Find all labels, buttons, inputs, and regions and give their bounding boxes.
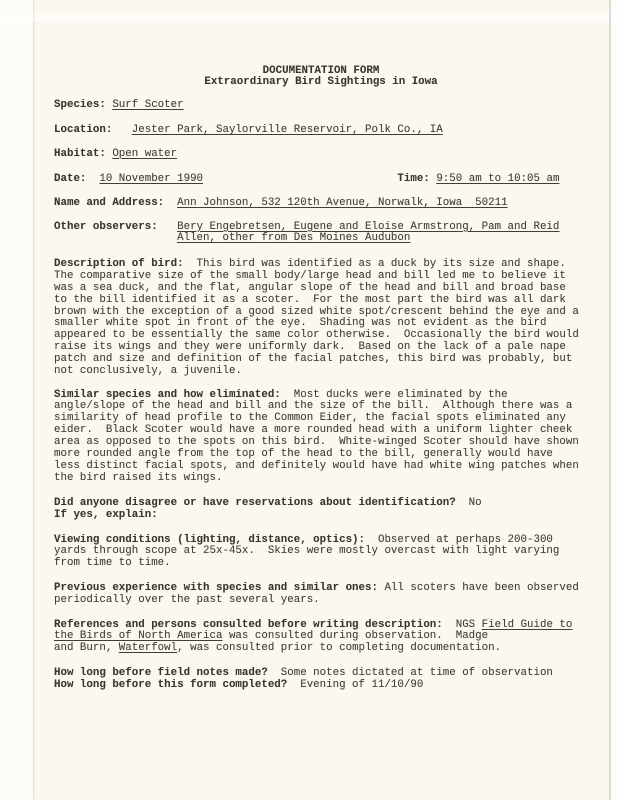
doc-block-previous-experience: Previous experience with species and sim…	[54, 583, 588, 607]
text-segment: was consulted during observation. Madge	[222, 630, 488, 642]
field-label: Location:	[54, 124, 132, 136]
doc-line: If yes, explain:	[54, 510, 588, 522]
doc-line: not conclusively, a juvenile.	[54, 366, 588, 378]
doc-block-similar-species: Similar species and how eliminated: Most…	[54, 390, 588, 485]
text-segment: appeared to be essentially the same colo…	[54, 329, 579, 341]
text-segment: from time to time.	[54, 557, 171, 569]
page-crease-line	[33, 0, 34, 800]
text-segment: brown with the exception of a good sized…	[54, 306, 579, 318]
field-label: How long before field notes made?	[54, 667, 268, 679]
text-segment: was a sea duck, and the flat, angular sl…	[54, 282, 566, 294]
text-segment: angle/slope of the head and bill and the…	[54, 400, 572, 412]
field-label: Viewing conditions (lighting, distance, …	[54, 534, 365, 546]
text-segment: This bird was identified as a duck by it…	[184, 258, 566, 270]
text-segment: NGS	[443, 619, 482, 631]
field-value: Bery Engebretsen, Eugene and Eloise Arms…	[177, 221, 559, 233]
doc-block-date-time-field: Date: 10 November 1990 Time: 9:50 am to …	[54, 174, 588, 186]
field-label: Did anyone disagree or have reservations…	[54, 497, 456, 509]
field-value: the Birds of North America	[54, 630, 222, 642]
field-label: Time:	[397, 173, 436, 185]
doc-line: Date: 10 November 1990 Time: 9:50 am to …	[54, 174, 588, 186]
field-label: If yes, explain:	[54, 509, 158, 521]
doc-block-name-address-field: Name and Address: Ann Johnson, 532 120th…	[54, 198, 588, 210]
text-segment: more rounded angle from the top of the h…	[54, 448, 553, 460]
doc-line: from time to time.	[54, 558, 588, 570]
text-segment: area as opposed to the spots on this bir…	[54, 436, 579, 448]
text-segment: , was consulted prior to completing docu…	[177, 642, 501, 654]
text-segment: All scoters have been observed	[378, 582, 579, 594]
field-value: Field Guide to	[482, 619, 573, 631]
text-segment: the bird raised its wings.	[54, 472, 222, 484]
text-segment: similarity of head profile to the Common…	[54, 412, 566, 424]
doc-line: Extraordinary Bird Sightings in Iowa	[54, 77, 588, 89]
doc-line: Allen, other from Des Moines Audubon	[54, 233, 588, 245]
field-value: Open water	[112, 148, 177, 160]
text-segment	[203, 173, 397, 185]
text-segment: The comparative size of the small body/l…	[54, 270, 566, 282]
text-segment: yards through scope at 25x-45x. Skies we…	[54, 545, 559, 557]
doc-block-field-notes-questions: How long before field notes made? Some n…	[54, 668, 588, 692]
field-label: Similar species and how eliminated:	[54, 389, 281, 401]
text-segment: less distinct facial spots, and definite…	[54, 460, 579, 472]
doc-line: periodically over the past several years…	[54, 595, 588, 607]
doc-block-other-observers-field: Other observers: Bery Engebretsen, Eugen…	[54, 222, 588, 246]
doc-line: Habitat: Open water	[54, 149, 588, 161]
field-label: Previous experience with species and sim…	[54, 582, 378, 594]
text-segment: Evening of 11/10/90	[287, 679, 423, 691]
field-value: Allen, other from Des Moines Audubon	[177, 232, 410, 244]
field-label: Description of bird:	[54, 258, 184, 270]
document-content: DOCUMENTATION FORMExtraordinary Bird Sig…	[54, 0, 588, 800]
text-segment: not conclusively, a juvenile.	[54, 365, 242, 377]
doc-block-location-field: Location: Jester Park, Saylorville Reser…	[54, 125, 588, 137]
scan-right-margin	[611, 0, 618, 800]
field-value: 9:50 am to 10:05 am	[436, 173, 559, 185]
field-value: Surf Scoter	[112, 99, 183, 111]
field-value: Ann Johnson, 532 120th Avenue, Norwalk, …	[177, 197, 507, 209]
field-label: Other observers:	[54, 221, 177, 233]
text-segment: Most ducks were eliminated by the	[281, 389, 508, 401]
doc-block-description-of-bird: Description of bird: This bird was ident…	[54, 259, 588, 378]
field-label: References and persons consulted before …	[54, 619, 443, 631]
text-segment: and Burn,	[54, 642, 119, 654]
field-label: Name and Address:	[54, 197, 177, 209]
field-label: Species:	[54, 99, 112, 111]
doc-block-viewing-conditions: Viewing conditions (lighting, distance, …	[54, 535, 588, 571]
text-segment: to the bill identified it as a scoter. F…	[54, 294, 566, 306]
field-label: Date:	[54, 173, 99, 185]
doc-block-header: DOCUMENTATION FORMExtraordinary Bird Sig…	[54, 66, 588, 90]
scan-left-margin	[0, 0, 33, 800]
field-label: DOCUMENTATION FORM	[263, 65, 380, 77]
text-segment	[54, 232, 177, 244]
text-segment: Some notes dictated at time of observati…	[268, 667, 553, 679]
text-segment: smaller white spot in front of the eye. …	[54, 317, 546, 329]
doc-block-disagree-question: Did anyone disagree or have reservations…	[54, 498, 588, 522]
field-value: 10 November 1990	[99, 173, 203, 185]
text-segment: periodically over the past several years…	[54, 594, 320, 606]
text-segment: eider. Black Scoter would have a more ro…	[54, 424, 572, 436]
doc-block-habitat-field: Habitat: Open water	[54, 149, 588, 161]
text-segment: patch and size and definition of the fac…	[54, 353, 572, 365]
doc-line: How long before this form completed? Eve…	[54, 680, 588, 692]
doc-line: and Burn, Waterfowl, was consulted prior…	[54, 643, 588, 655]
doc-block-species-field: Species: Surf Scoter	[54, 100, 588, 112]
doc-line: Species: Surf Scoter	[54, 100, 588, 112]
doc-block-references-consulted: References and persons consulted before …	[54, 620, 588, 656]
text-segment: No	[456, 497, 482, 509]
scanned-document-page: DOCUMENTATION FORMExtraordinary Bird Sig…	[0, 0, 618, 800]
field-value: Jester Park, Saylorville Reservoir, Polk…	[132, 124, 443, 136]
field-value: Waterfowl	[119, 642, 177, 654]
doc-line: Location: Jester Park, Saylorville Reser…	[54, 125, 588, 137]
field-label: How long before this form completed?	[54, 679, 287, 691]
doc-line: the bird raised its wings.	[54, 473, 588, 485]
field-label: Habitat:	[54, 148, 112, 160]
text-segment: Observed at perhaps 200-300	[365, 534, 553, 546]
text-segment: raise its wings and they were uniformly …	[54, 341, 566, 353]
doc-line: Name and Address: Ann Johnson, 532 120th…	[54, 198, 588, 210]
field-label: Extraordinary Bird Sightings in Iowa	[204, 76, 437, 88]
